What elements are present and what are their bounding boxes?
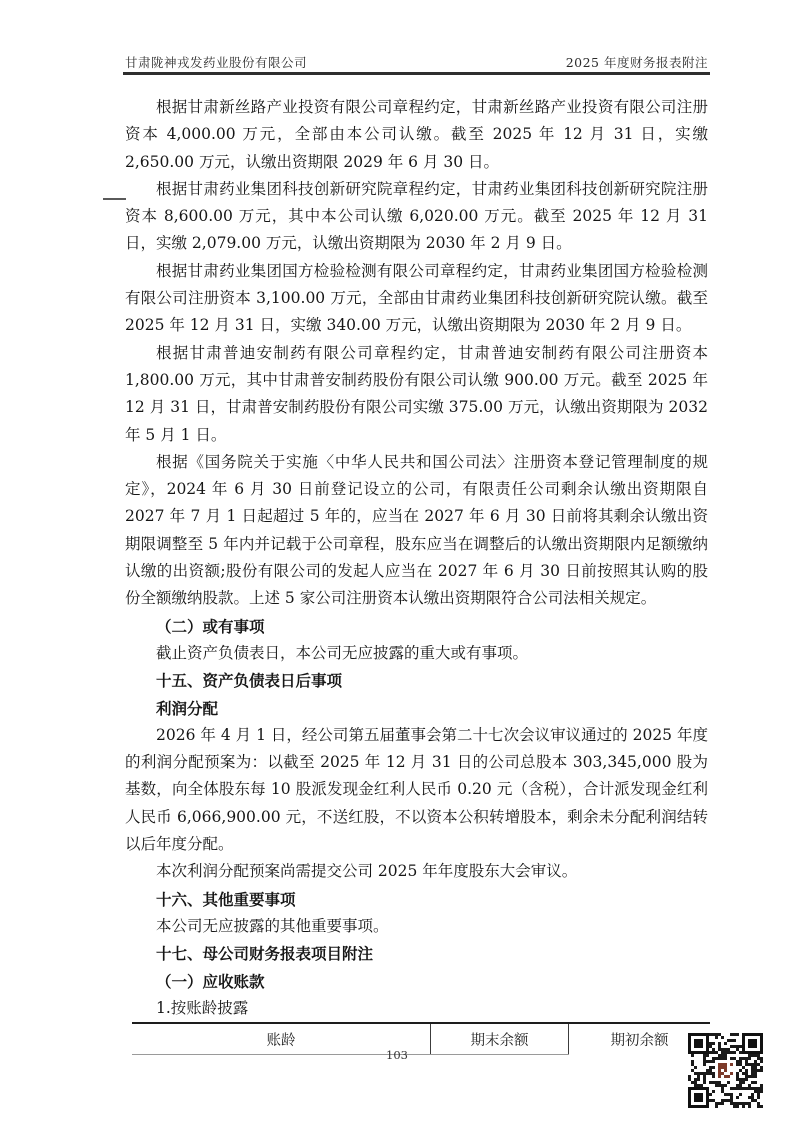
header-company-name: 甘肃陇神戎发药业股份有限公司 bbox=[125, 53, 307, 71]
header-rule bbox=[123, 72, 710, 75]
heading-accounts-receivable: （一）应收账款 bbox=[125, 968, 708, 995]
margin-mark bbox=[103, 198, 126, 200]
page-header: 甘肃陇神戎发药业股份有限公司 2025 年度财务报表附注 bbox=[125, 53, 708, 71]
document-body: 根据甘肃新丝路产业投资有限公司章程约定，甘肃新丝路产业投资有限公司注册资本 4,… bbox=[125, 94, 708, 1055]
heading-post-balance-sheet-events: 十五、资产负债表日后事项 bbox=[125, 667, 708, 694]
paragraph-xinsilu-investment: 根据甘肃新丝路产业投资有限公司章程约定，甘肃新丝路产业投资有限公司注册资本 4,… bbox=[125, 94, 708, 176]
page-number: 103 bbox=[0, 1048, 794, 1062]
label-aging-disclosure: 1.按账龄披露 bbox=[125, 995, 708, 1022]
paragraph-tech-innovation-institute: 根据甘肃药业集团科技创新研究院章程约定，甘肃药业集团科技创新研究院注册资本 8,… bbox=[125, 176, 708, 258]
document-page: 甘肃陇神戎发药业股份有限公司 2025 年度财务报表附注 根据甘肃新丝路产业投资… bbox=[0, 0, 794, 1122]
paragraph-no-other-matters: 本公司无应披露的其他重要事项。 bbox=[125, 913, 708, 940]
paragraph-pudian-pharma: 根据甘肃普迪安制药有限公司章程约定，甘肃普迪安制药有限公司注册资本 1,800.… bbox=[125, 340, 708, 449]
heading-parent-company-notes: 十七、母公司财务报表项目附注 bbox=[125, 940, 708, 967]
heading-other-important-matters: 十六、其他重要事项 bbox=[125, 886, 708, 913]
paragraph-no-contingencies: 截止资产负债表日，本公司无应披露的重大或有事项。 bbox=[125, 640, 708, 667]
paragraph-plan-pending-approval: 本次利润分配预案尚需提交公司 2025 年年度股东大会审议。 bbox=[125, 858, 708, 885]
heading-contingencies: （二）或有事项 bbox=[125, 613, 708, 640]
paragraph-state-council-regulation: 根据《国务院关于实施〈中华人民共和国公司法〉注册资本登记管理制度的规定》，202… bbox=[125, 449, 708, 613]
paragraph-profit-distribution-plan: 2026 年 4 月 1 日，经公司第五届董事会第二十七次会议审议通过的 202… bbox=[125, 722, 708, 858]
qr-code bbox=[688, 1033, 763, 1108]
header-doc-title: 2025 年度财务报表附注 bbox=[566, 53, 708, 71]
heading-profit-distribution: 利润分配 bbox=[125, 695, 708, 722]
paragraph-guofang-testing: 根据甘肃药业集团国方检验检测有限公司章程约定，甘肃药业集团国方检验检测有限公司注… bbox=[125, 258, 708, 340]
